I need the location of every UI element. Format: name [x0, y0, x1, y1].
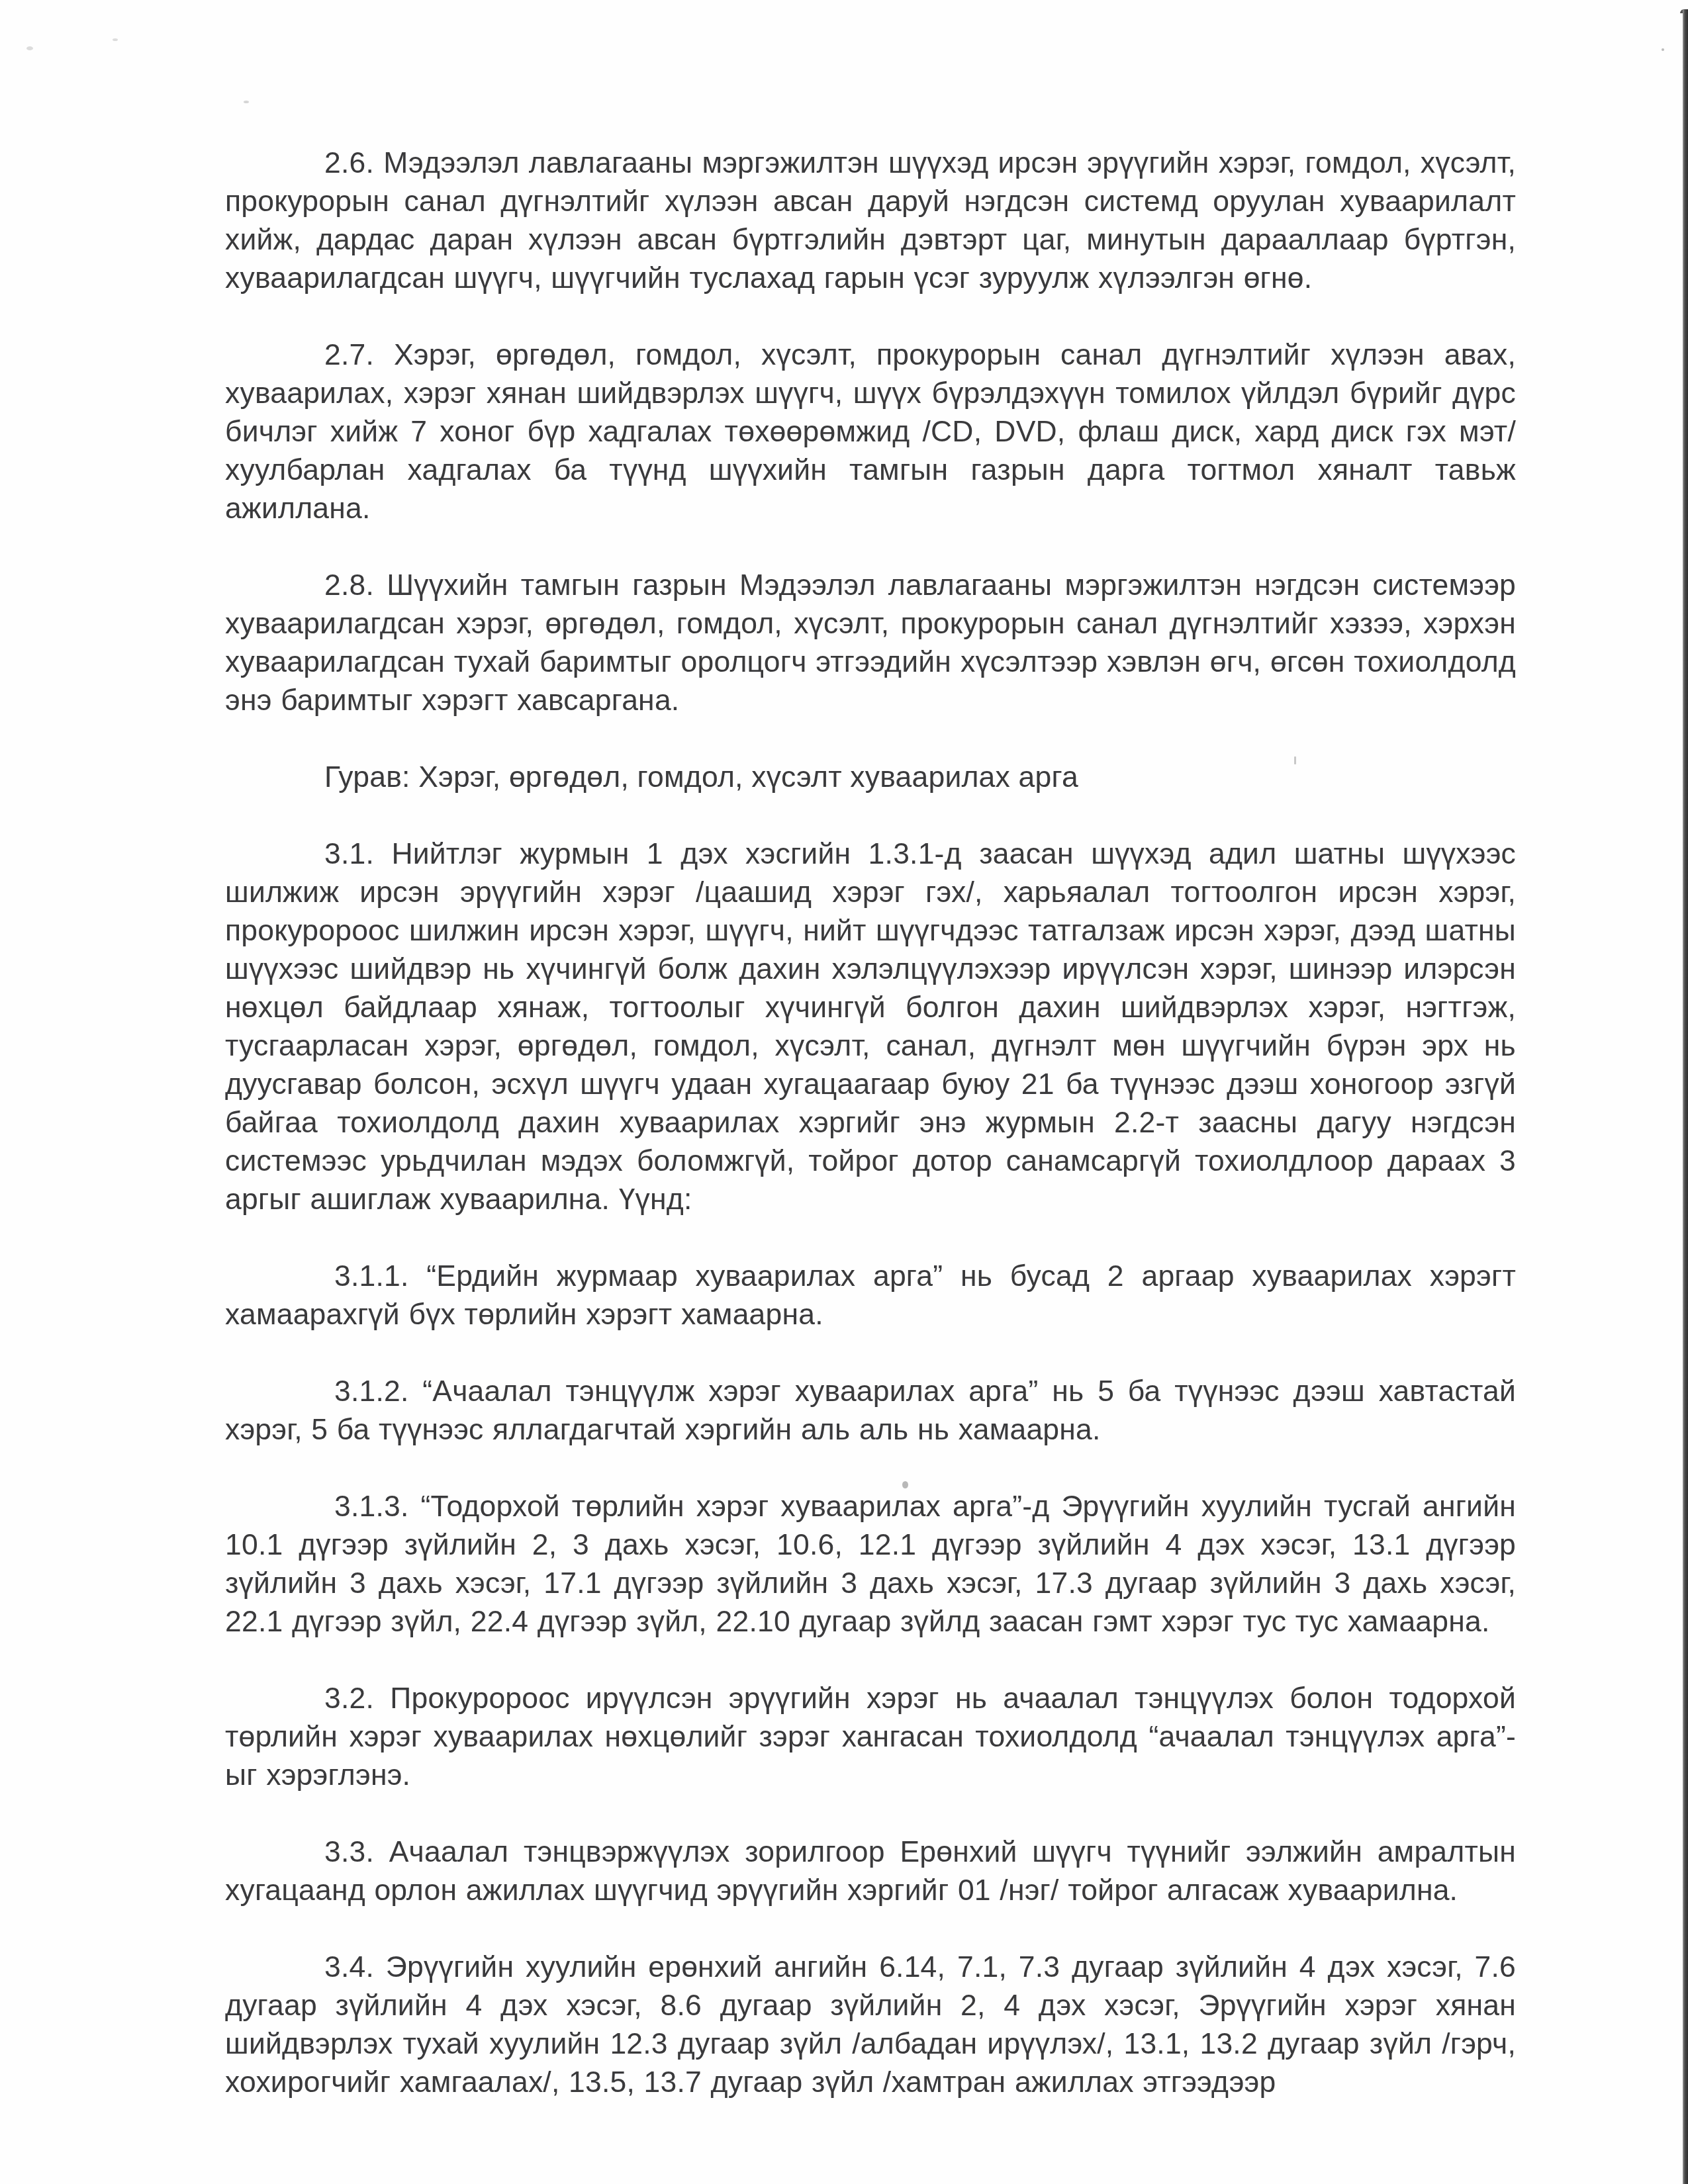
- document-body: 2.6. Мэдээлэл лавлагааны мэргэжилтэн шүү…: [225, 144, 1516, 2140]
- scan-speck: [113, 38, 118, 41]
- scanner-edge-border: [1683, 9, 1688, 2184]
- section-3-heading: Гурав: Хэрэг, өргөдөл, гомдол, хүсэлт ху…: [225, 758, 1516, 797]
- paragraph-3-2: 3.2. Прокуророос ирүүлсэн эрүүгийн хэрэг…: [225, 1680, 1516, 1795]
- paragraph-3-3: 3.3. Ачаалал тэнцвэржүүлэх зорилгоор Ерө…: [225, 1833, 1516, 1910]
- paragraph-2-7: 2.7. Хэрэг, өргөдөл, гомдол, хүсэлт, про…: [225, 336, 1516, 528]
- paragraph-2-6: 2.6. Мэдээлэл лавлагааны мэргэжилтэн шүү…: [225, 144, 1516, 298]
- paragraph-3-1-2: 3.1.2. “Ачаалал тэнцүүлж хэрэг хуваарила…: [225, 1373, 1516, 1449]
- paragraph-3-1: 3.1. Нийтлэг журмын 1 дэх хэсгийн 1.3.1-…: [225, 835, 1516, 1219]
- scan-speck: [26, 46, 33, 50]
- paragraph-3-1-3: 3.1.3. “Тодорхой төрлийн хэрэг хуваарила…: [225, 1488, 1516, 1641]
- scan-speck: [1662, 48, 1664, 51]
- paragraph-3-4: 3.4. Эрүүгийн хуулийн ерөнхий ангийн 6.1…: [225, 1948, 1516, 2102]
- paragraph-2-8: 2.8. Шүүхийн тамгын газрын Мэдээлэл лавл…: [225, 567, 1516, 720]
- scanned-page: 2.6. Мэдээлэл лавлагааны мэргэжилтэн шүү…: [0, 0, 1688, 2184]
- paragraph-3-1-1: 3.1.1. “Ердийн журмаар хуваарилах арга” …: [225, 1257, 1516, 1334]
- scan-speck: [244, 101, 249, 103]
